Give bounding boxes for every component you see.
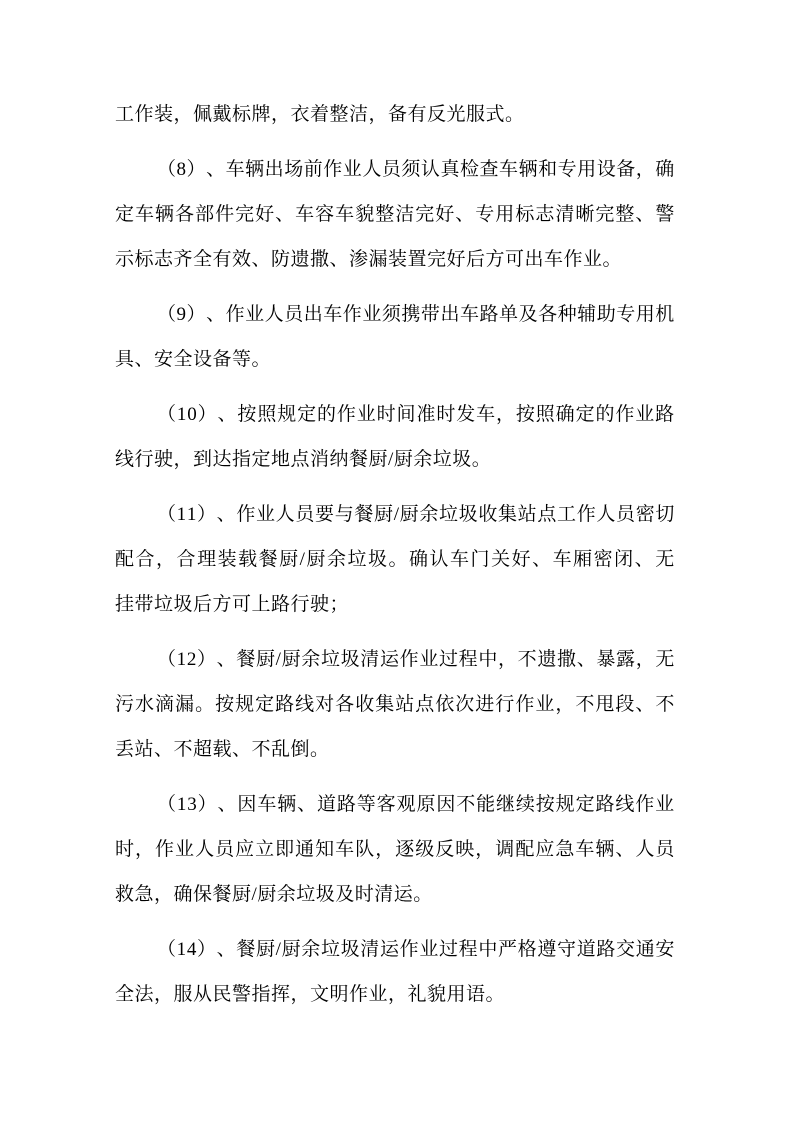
text-line: （14）、餐厨/厨余垃圾清运作业过程中严格遵守道路交通安 — [115, 927, 675, 972]
text-line: 全法，服从民警指挥，文明作业，礼貌用语。 — [115, 972, 675, 1017]
paragraph-continuation: 工作装，佩戴标牌，衣着整洁，备有反光服式。 — [115, 92, 675, 137]
text-line: 污水滴漏。按规定路线对各收集站点依次进行作业，不甩段、不 — [115, 682, 675, 727]
paragraph-item-14: （14）、餐厨/厨余垃圾清运作业过程中严格遵守道路交通安 全法，服从民警指挥，文… — [115, 927, 675, 1017]
paragraph-item-10: （10）、按照规定的作业时间准时发车，按照确定的作业路 线行驶，到达指定地点消纳… — [115, 392, 675, 482]
paragraph-item-13: （13）、因车辆、道路等客观原因不能继续按规定路线作业 时，作业人员应立即通知车… — [115, 782, 675, 917]
text-line: 工作装，佩戴标牌，衣着整洁，备有反光服式。 — [115, 92, 675, 137]
text-line: 具、安全设备等。 — [115, 337, 675, 382]
text-line: 定车辆各部件完好、车容车貌整洁完好、专用标志清晰完整、警 — [115, 192, 675, 237]
text-line: （10）、按照规定的作业时间准时发车，按照确定的作业路 — [115, 392, 675, 437]
text-line: 救急，确保餐厨/厨余垃圾及时清运。 — [115, 872, 675, 917]
document-page: 工作装，佩戴标牌，衣着整洁，备有反光服式。 （8）、车辆出场前作业人员须认真检查… — [0, 0, 793, 1122]
text-line: 挂带垃圾后方可上路行驶； — [115, 582, 675, 627]
text-line: （11）、作业人员要与餐厨/厨余垃圾收集站点工作人员密切 — [115, 492, 675, 537]
text-line: 丢站、不超载、不乱倒。 — [115, 727, 675, 772]
paragraph-item-12: （12）、餐厨/厨余垃圾清运作业过程中，不遗撒、暴露，无 污水滴漏。按规定路线对… — [115, 637, 675, 772]
text-line: （8）、车辆出场前作业人员须认真检查车辆和专用设备，确 — [115, 147, 675, 192]
text-line: （12）、餐厨/厨余垃圾清运作业过程中，不遗撒、暴露，无 — [115, 637, 675, 682]
paragraph-item-9: （9）、作业人员出车作业须携带出车路单及各种辅助专用机 具、安全设备等。 — [115, 292, 675, 382]
text-line: 线行驶，到达指定地点消纳餐厨/厨余垃圾。 — [115, 437, 675, 482]
text-line: （13）、因车辆、道路等客观原因不能继续按规定路线作业 — [115, 782, 675, 827]
paragraph-item-8: （8）、车辆出场前作业人员须认真检查车辆和专用设备，确 定车辆各部件完好、车容车… — [115, 147, 675, 282]
text-line: 配合，合理装载餐厨/厨余垃圾。确认车门关好、车厢密闭、无 — [115, 537, 675, 582]
text-line: 时，作业人员应立即通知车队，逐级反映，调配应急车辆、人员 — [115, 827, 675, 872]
text-line: 示标志齐全有效、防遗撒、渗漏装置完好后方可出车作业。 — [115, 237, 675, 282]
text-line: （9）、作业人员出车作业须携带出车路单及各种辅助专用机 — [115, 292, 675, 337]
paragraph-item-11: （11）、作业人员要与餐厨/厨余垃圾收集站点工作人员密切 配合，合理装载餐厨/厨… — [115, 492, 675, 627]
